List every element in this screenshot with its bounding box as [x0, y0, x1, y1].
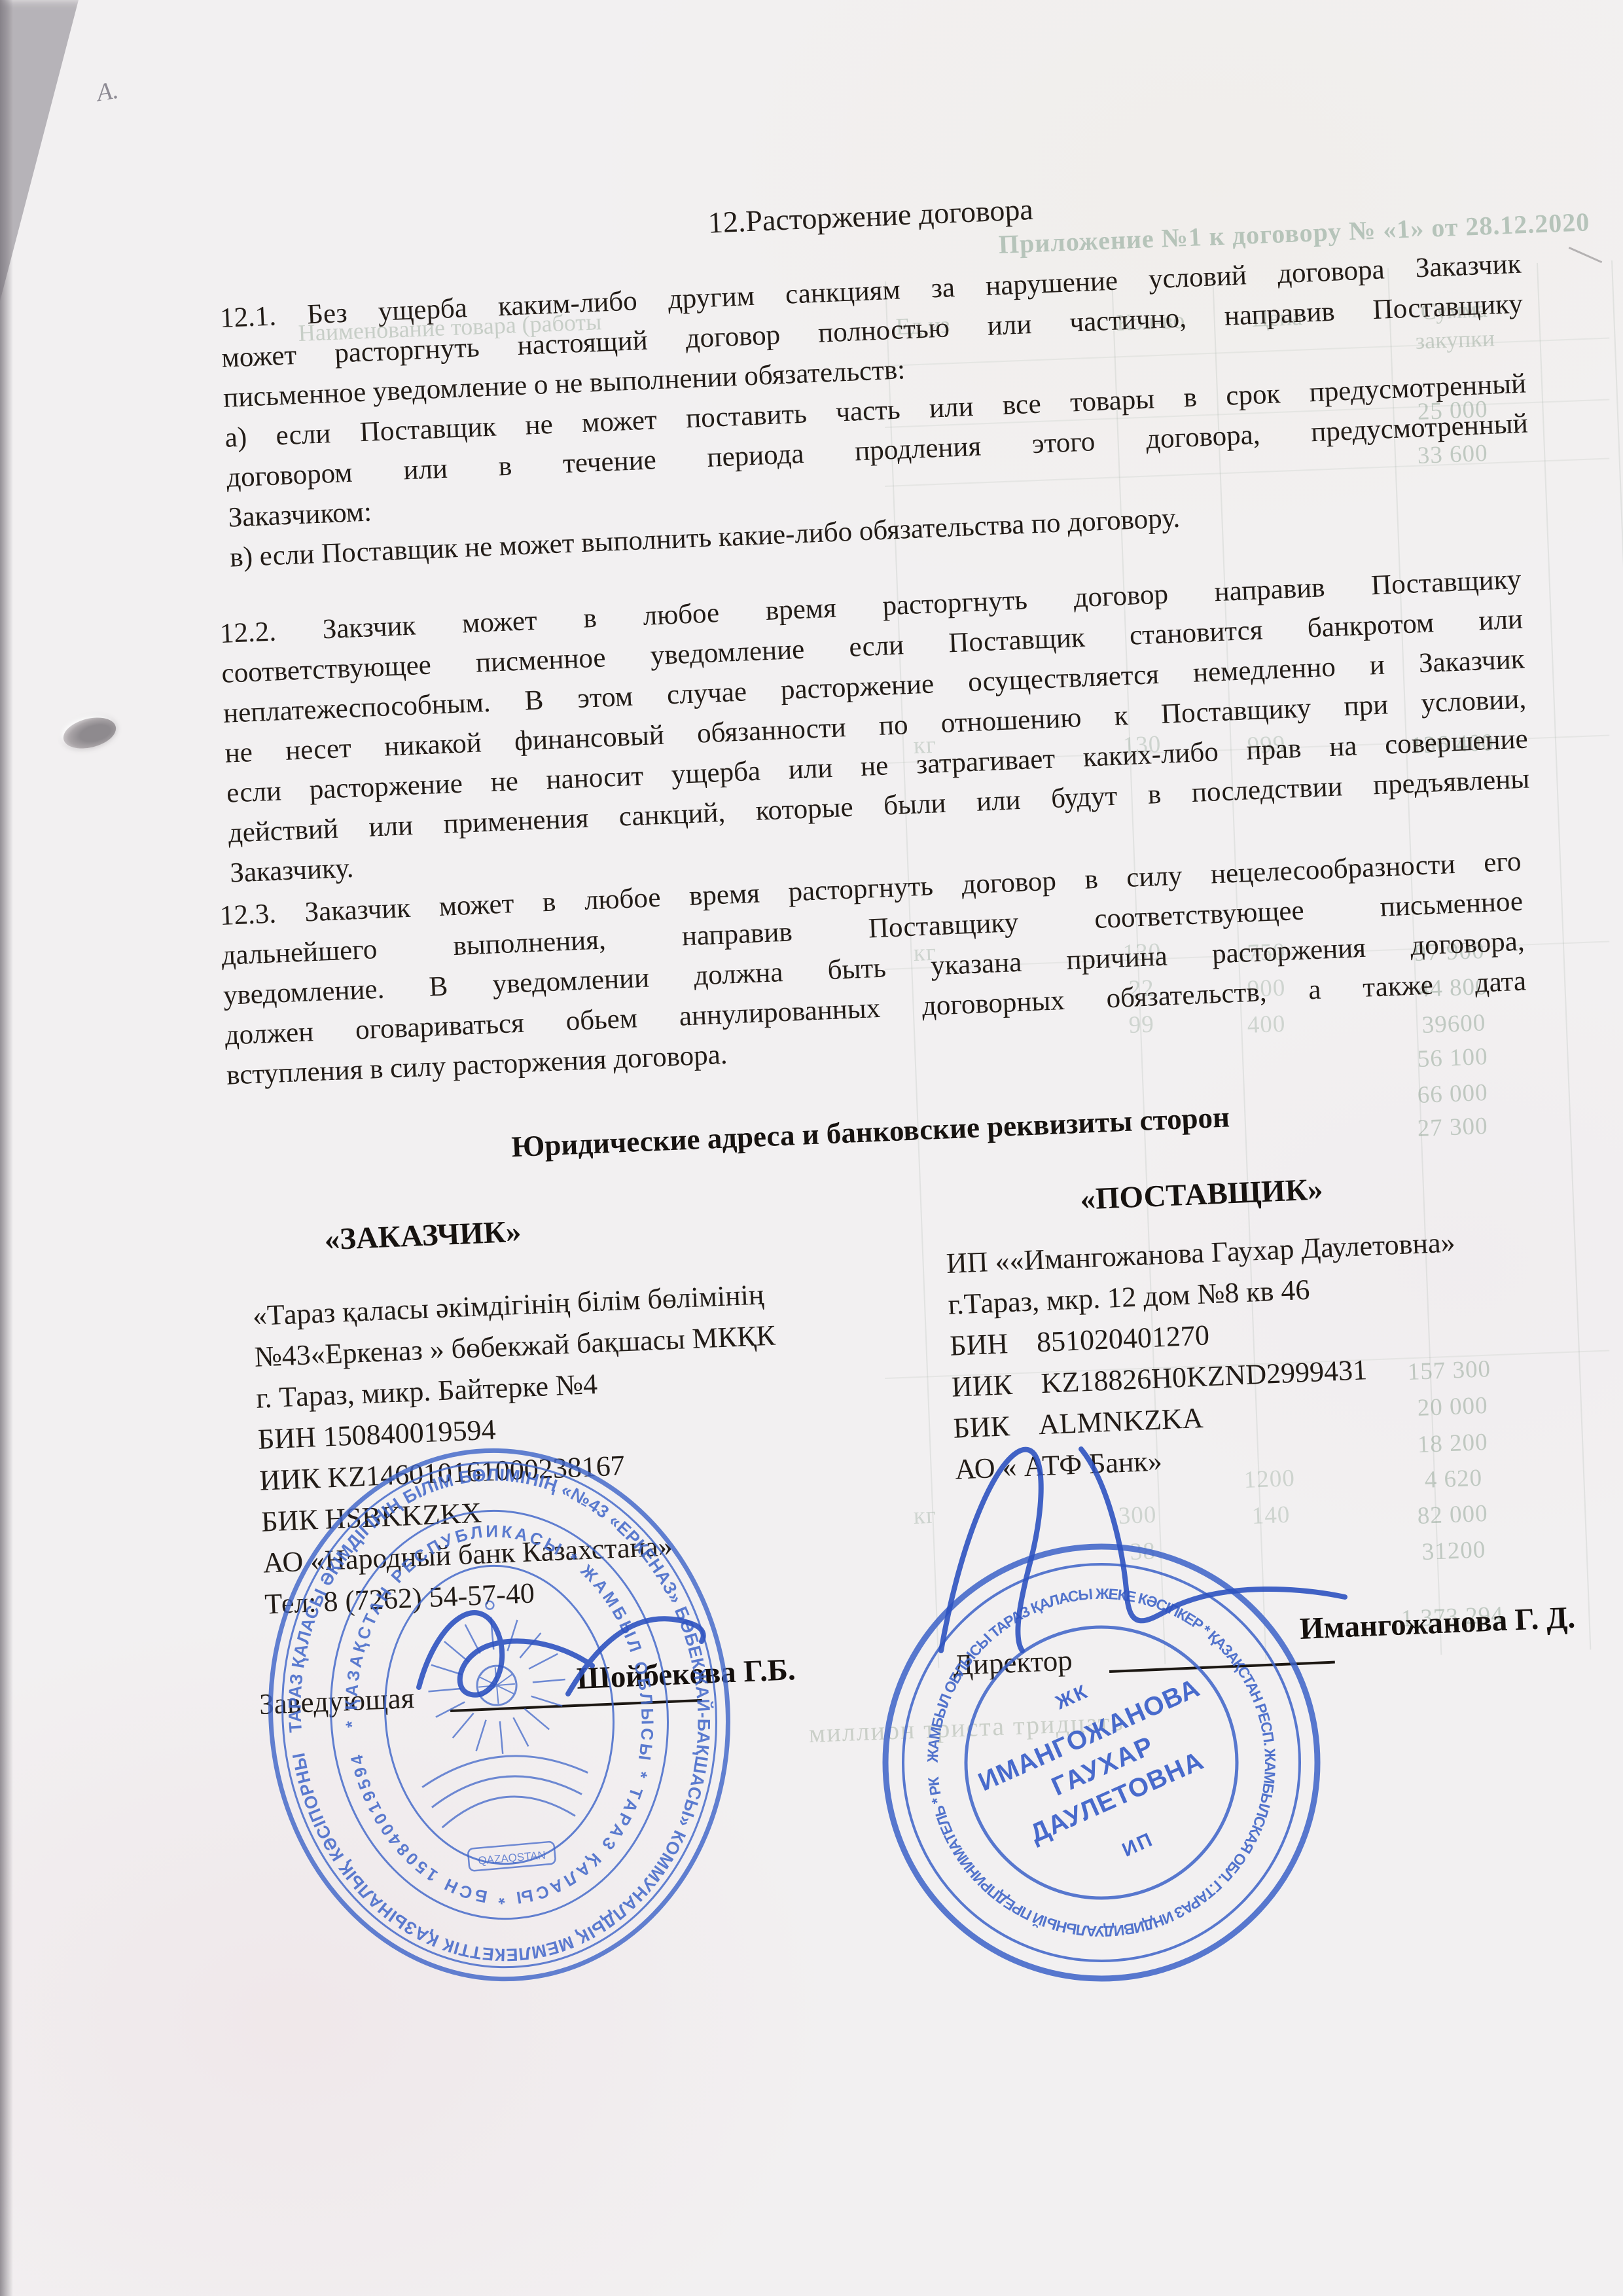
scanned-contract-page: А. Приложение №1 к договору № «1» от 28.… — [0, 0, 1623, 2296]
left-signature-scribble — [419, 1613, 704, 1695]
handwritten-signatures — [0, 0, 1623, 2296]
right-signature-scribble — [941, 1449, 1345, 1651]
